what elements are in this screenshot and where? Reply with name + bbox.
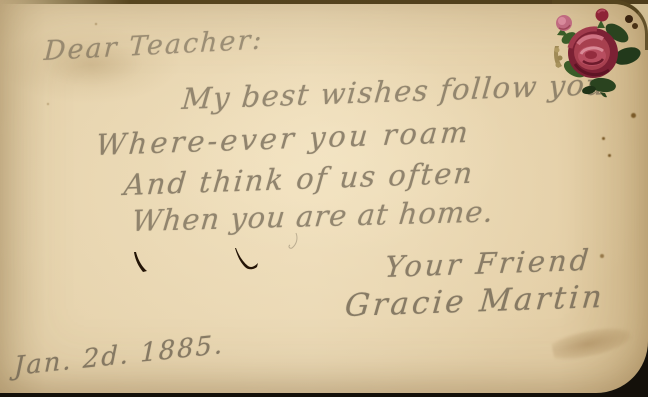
foxing-dot bbox=[47, 103, 49, 105]
date-line: Jan. 2d. 1885. bbox=[14, 330, 225, 382]
ink-mark-1 bbox=[133, 251, 150, 274]
body-line-2: Where-ever you roam bbox=[95, 115, 473, 162]
closing-line: Your Friend bbox=[384, 243, 593, 284]
smudge-stain bbox=[550, 322, 634, 364]
foxing-dot bbox=[602, 137, 605, 140]
body-line-3: And think of us often bbox=[123, 156, 476, 202]
signature-line: Gracie Martin bbox=[343, 279, 606, 324]
pencil-flourish bbox=[286, 232, 300, 250]
foxing-dot bbox=[600, 254, 604, 258]
foxing-dot bbox=[631, 113, 636, 118]
page-top-edge bbox=[0, 0, 648, 4]
page-corner-trim bbox=[552, 0, 648, 50]
foxing-dot bbox=[95, 23, 97, 25]
body-line-1: My best wishes follow you bbox=[181, 67, 608, 116]
album-page: Dear Teacher: My best wishes follow you … bbox=[0, 0, 648, 393]
salutation-line: Dear Teacher: bbox=[43, 24, 264, 67]
scanned-album-photo: Dear Teacher: My best wishes follow you … bbox=[0, 0, 648, 397]
body-line-4: When you are at home. bbox=[130, 194, 495, 238]
ink-mark-2 bbox=[234, 247, 260, 271]
foxing-dot bbox=[608, 154, 611, 157]
